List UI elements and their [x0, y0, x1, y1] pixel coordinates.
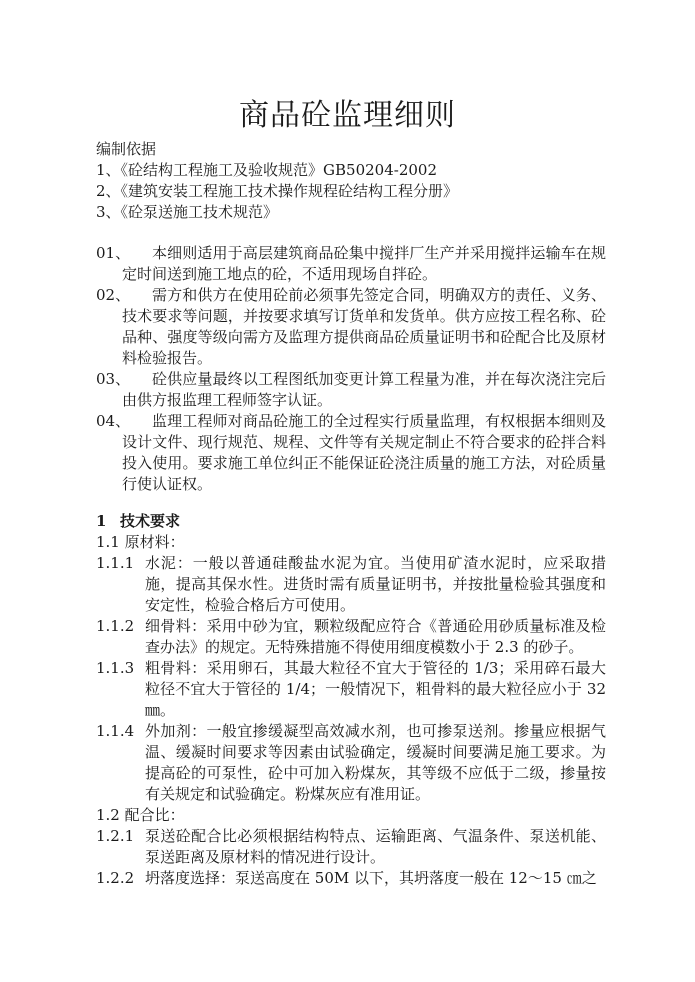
item-number: 1.1.4 — [96, 721, 134, 742]
clause-04: 04、 监理工程师对商品砼施工的全过程实行质量监理，有权根据本细则及设计文件、现… — [96, 411, 606, 495]
item-text: 坍落度选择：泵送高度在 50M 以下，其坍落度一般在 12～15 ㎝之 — [96, 868, 606, 889]
clause-number: 04、 — [96, 411, 130, 432]
clause-03: 03、 砼供应量最终以工程图纸加变更计算工程量为准，并在每次浇注完后由供方报监理… — [96, 369, 606, 411]
item-text: 粗骨料：采用卵石，其最大粒径不宜大于管径的 1/3；采用碎石最大粒径不宜大于管径… — [96, 658, 606, 721]
item-1-2-1: 1.2.1 泵送砼配合比必须根据结构特点、运输距离、气温条件、泵送机能、泵送距离… — [96, 826, 606, 868]
item-1-1-1: 1.1.1 水泥：一般以普通硅酸盐水泥为宜。当使用矿渣水泥时，应采取措施，提高其… — [96, 553, 606, 616]
item-text: 泵送砼配合比必须根据结构特点、运输距离、气温条件、泵送机能、泵送距离及原材料的情… — [96, 826, 606, 868]
item-text: 水泥：一般以普通硅酸盐水泥为宜。当使用矿渣水泥时，应采取措施，提高其保水性。进货… — [96, 553, 606, 616]
item-1-1-2: 1.1.2 细骨料：采用中砂为宜，颗粒级配应符合《普通砼用砂质量标准及检查办法》… — [96, 616, 606, 658]
item-number: 1.2.2 — [96, 868, 134, 889]
clause-02: 02、 需方和供方在使用砼前必须事先签定合同，明确双方的责任、义务、技术要求等问… — [96, 285, 606, 369]
subsection-label: 1.2 配合比： — [96, 805, 185, 826]
subsection-label: 1.1 原材料： — [96, 532, 185, 553]
basis-item: 2、《建筑安装工程施工技术操作规程砼结构工程分册》 — [96, 181, 458, 202]
clause-01: 01、 本细则适用于高层建筑商品砼集中搅拌厂生产并采用搅拌运输车在规定时间送到施… — [96, 243, 606, 285]
section-heading: 1技术要求 — [96, 511, 180, 532]
clause-number: 03、 — [96, 369, 130, 390]
basis-item: 3、《砼泵送施工技术规范》 — [96, 202, 278, 223]
item-1-2-2: 1.2.2 坍落度选择：泵送高度在 50M 以下，其坍落度一般在 12～15 ㎝… — [96, 868, 606, 889]
item-1-1-3: 1.1.3 粗骨料：采用卵石，其最大粒径不宜大于管径的 1/3；采用碎石最大粒径… — [96, 658, 606, 721]
basis-item: 1、《砼结构工程施工及验收规范》GB50204-2002 — [96, 160, 437, 181]
document-page: 商品砼监理细则 编制依据 1、《砼结构工程施工及验收规范》GB50204-200… — [0, 0, 695, 982]
item-number: 1.2.1 — [96, 826, 134, 847]
clause-number: 01、 — [96, 243, 130, 264]
clause-text: 本细则适用于高层建筑商品砼集中搅拌厂生产并采用搅拌运输车在规定时间送到施工地点的… — [96, 243, 606, 285]
item-text: 细骨料：采用中砂为宜，颗粒级配应符合《普通砼用砂质量标准及检查办法》的规定。无特… — [96, 616, 606, 658]
basis-heading: 编制依据 — [96, 139, 156, 160]
section-number: 1 — [96, 511, 120, 532]
clause-number: 02、 — [96, 285, 130, 306]
section-title: 技术要求 — [120, 512, 180, 530]
item-number: 1.1.3 — [96, 658, 134, 679]
item-1-1-4: 1.1.4 外加剂：一般宜掺缓凝型高效减水剂，也可掺泵送剂。掺量应根据气温、缓凝… — [96, 721, 606, 805]
document-title: 商品砼监理细则 — [0, 96, 695, 136]
clause-text: 监理工程师对商品砼施工的全过程实行质量监理，有权根据本细则及设计文件、现行规范、… — [96, 411, 606, 495]
item-number: 1.1.1 — [96, 553, 134, 574]
clause-text: 砼供应量最终以工程图纸加变更计算工程量为准，并在每次浇注完后由供方报监理工程师签… — [96, 369, 606, 411]
item-text: 外加剂：一般宜掺缓凝型高效减水剂，也可掺泵送剂。掺量应根据气温、缓凝时间要求等因… — [96, 721, 606, 805]
item-number: 1.1.2 — [96, 616, 134, 637]
clause-text: 需方和供方在使用砼前必须事先签定合同，明确双方的责任、义务、技术要求等问题，并按… — [96, 285, 606, 369]
